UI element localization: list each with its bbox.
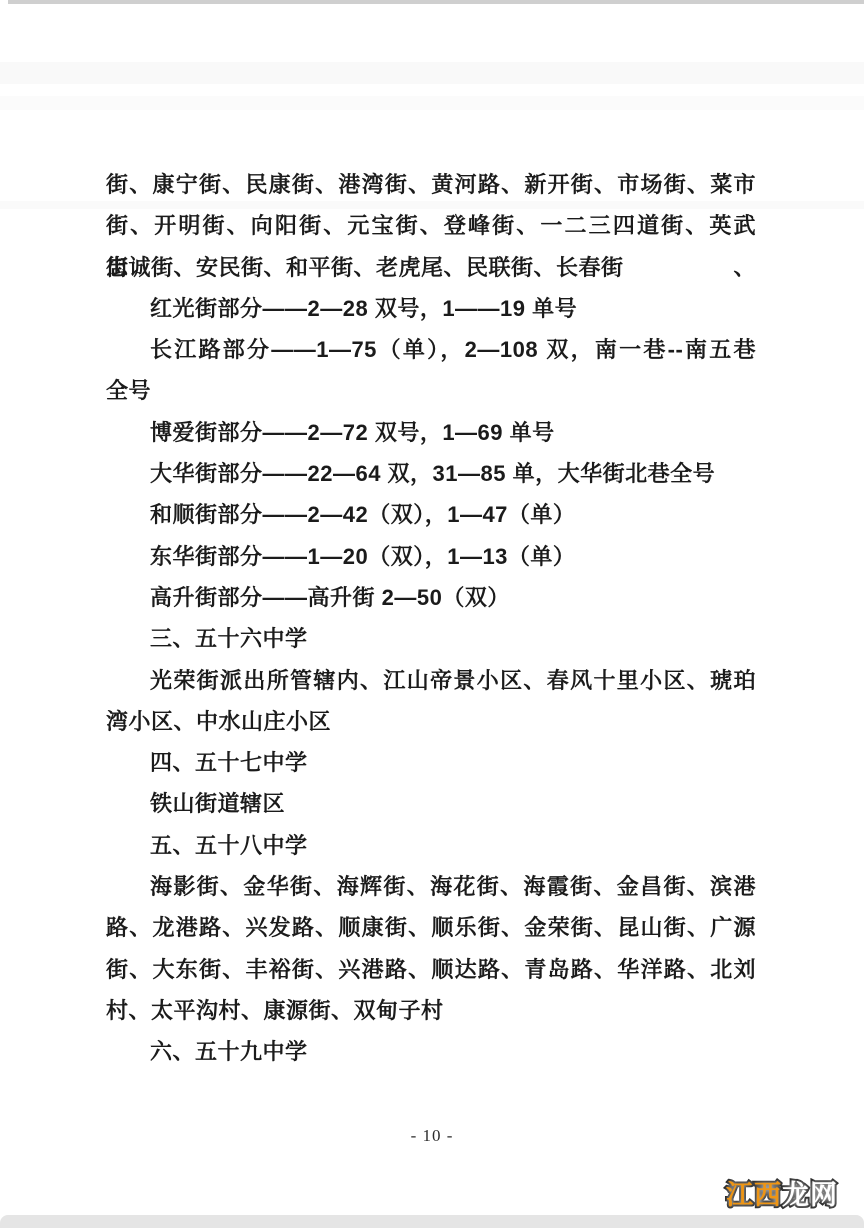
scan-top-edge — [8, 0, 864, 4]
watermark-text-right: 龙网 — [782, 1180, 838, 1210]
text-line: 高升街部分——高升街 2—50（双） — [106, 577, 756, 618]
document-page: 街、康宁街、民康街、港湾街、黄河路、新开街、市场街、菜市街、开明街、向阳街、元宝… — [0, 0, 864, 1228]
text-line: 湾小区、中水山庄小区 — [106, 701, 756, 742]
text-line: 三、五十六中学 — [106, 618, 756, 659]
text-line: 东华街部分——1—20（双），1—13（单） — [106, 536, 756, 577]
text-line: 五、五十八中学 — [106, 825, 756, 866]
text-line: 路、龙港路、兴发路、顺康街、顺乐街、金荣街、昆山街、广源 — [106, 907, 756, 948]
text-line: 和顺街部分——2—42（双），1—47（单） — [106, 494, 756, 535]
text-line: 街、大东街、丰裕街、兴港路、顺达路、青岛路、华洋路、北刘 — [106, 949, 756, 990]
watermark-text-left: 江西 — [726, 1180, 782, 1210]
scan-artifact-band — [0, 62, 864, 84]
text-line: 全号 — [106, 370, 756, 411]
scan-bottom-edge — [0, 1215, 864, 1228]
scan-artifact-band — [0, 96, 864, 110]
text-line: 街、开明街、向阳街、元宝街、登峰街、一二三四道街、英武街、 — [106, 205, 756, 246]
text-line: 红光街部分——2—28 双号，1——19 单号 — [106, 288, 756, 329]
site-watermark: 江西龙网 — [726, 1173, 838, 1212]
text-line: 光荣街派出所管辖内、江山帝景小区、春风十里小区、琥珀 — [106, 660, 756, 701]
text-line: 六、五十九中学 — [106, 1031, 756, 1072]
text-line: 长江路部分——1—75（单），2—108 双，南一巷--南五巷 — [106, 329, 756, 370]
page-number: - 10 - — [0, 1126, 864, 1146]
document-text: 街、康宁街、民康街、港湾街、黄河路、新开街、市场街、菜市街、开明街、向阳街、元宝… — [106, 164, 756, 1073]
text-line: 四、五十七中学 — [106, 742, 756, 783]
text-line: 大华街部分——22—64 双，31—85 单，大华街北巷全号 — [106, 453, 756, 494]
text-line: 街、康宁街、民康街、港湾街、黄河路、新开街、市场街、菜市 — [106, 164, 756, 205]
text-line: 海影街、金华街、海辉街、海花街、海霞街、金昌街、滨港 — [106, 866, 756, 907]
text-line: 博爱街部分——2—72 双号，1—69 单号 — [106, 412, 756, 453]
text-line: 铁山街道辖区 — [106, 783, 756, 824]
text-line: 村、太平沟村、康源街、双甸子村 — [106, 990, 756, 1031]
